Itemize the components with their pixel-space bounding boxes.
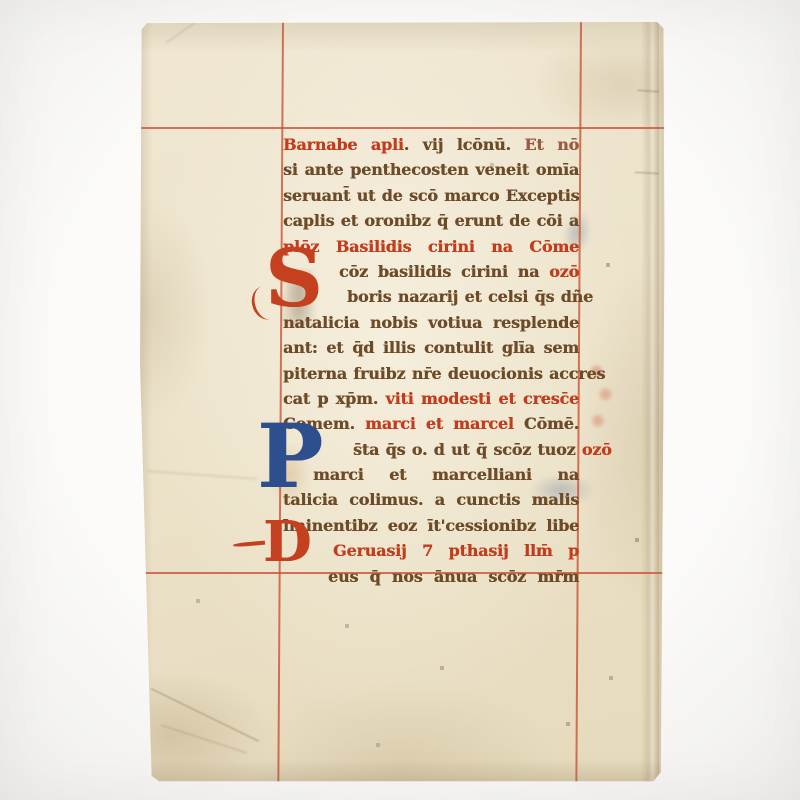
text-segment: s̄ta q̄s o. d ut q̄ scōz tuoz <box>353 440 582 459</box>
text-line: Geruasij 7 pthasij llm̄ p <box>283 538 579 563</box>
text-block: Barnabe apli. vij lcōnū. Et nōsi ante pe… <box>283 132 579 589</box>
text-line: eus q̄ nos ānua scōz mr̄m <box>283 564 579 589</box>
text-segment: Barnabe apli <box>283 135 404 154</box>
text-segment: ant: et q̄d illis contulit glīa sem <box>283 338 579 357</box>
text-line: si ante penthecosten veneit omīa <box>283 157 579 182</box>
text-segment: plōz Basilidis cirini na Cōme <box>283 237 579 256</box>
ruling-line-horizontal-top <box>139 127 665 129</box>
text-segment: caplis et oronibz q̄ erunt de cōi a <box>283 211 579 230</box>
text-line: talicia colimus. a cunctis malis <box>283 487 579 512</box>
text-line: seruant̄ ut de scō marco Exceptis <box>283 183 579 208</box>
crease-notch <box>637 89 659 93</box>
text-segment: Cōmē. <box>524 414 579 433</box>
crease-notch <box>635 171 659 174</box>
text-segment: marci et marcel <box>365 414 524 433</box>
crease-bottom-left <box>161 724 247 754</box>
text-segment: eus q̄ nos ānua scōz mr̄m <box>328 567 579 586</box>
text-segment: seruant̄ ut de scō marco Exceptis <box>283 186 579 205</box>
text-line: Barnabe apli. vij lcōnū. Et nō <box>283 132 579 157</box>
decorated-initial-P: P <box>257 412 323 500</box>
decorated-initial-S: S <box>265 238 323 318</box>
text-line: īminentibz eoz īt'cessionibz libe <box>283 513 579 538</box>
text-line: caplis et oronibz q̄ erunt de cōi a <box>283 208 579 233</box>
crease-left-margin <box>147 470 257 479</box>
text-line: cat p xp̄m. viti modesti et cresc̄e <box>283 386 579 411</box>
text-segment: si ante penthecosten veneit omīa <box>283 160 579 179</box>
text-segment: . vij lcōnū. <box>404 135 525 154</box>
crease-top-left <box>166 22 195 43</box>
text-line: natalicia nobis votiua resplende <box>283 310 579 335</box>
decorated-initial-D: D <box>263 514 312 570</box>
text-segment: Et nō <box>524 135 579 154</box>
fold-crease-right-edge <box>641 22 659 782</box>
text-line: piterna fruibz nr̄e deuocionis accres <box>283 361 579 386</box>
text-line: marci et marcelliani na <box>283 462 579 487</box>
text-line: cōz basilidis cirini na ozō <box>283 259 579 284</box>
text-segment: marci et marcelliani na <box>313 465 579 484</box>
text-segment: ozō <box>582 440 612 459</box>
text-line: s̄ta q̄s o. d ut q̄ scōz tuoz ozō <box>283 437 579 462</box>
text-line: boris nazarij et celsi q̄s dñe <box>283 284 579 309</box>
manuscript-leaf: Barnabe apli. vij lcōnū. Et nōsi ante pe… <box>139 22 665 782</box>
text-segment: talicia colimus. a cunctis malis <box>283 490 579 509</box>
parchment-speckles <box>139 22 141 24</box>
crease-bottom-left <box>151 688 260 742</box>
text-segment: cōz basilidis cirini na <box>339 262 549 281</box>
photo-background: Barnabe apli. vij lcōnū. Et nōsi ante pe… <box>0 0 800 800</box>
text-segment: natalicia nobis votiua resplende <box>283 313 579 332</box>
text-segment: īminentibz eoz īt'cessionibz libe <box>283 516 579 535</box>
text-segment: viti modesti et cresc̄e <box>385 389 579 408</box>
text-line: plōz Basilidis cirini na Cōme <box>283 234 579 259</box>
text-segment: piterna fruibz nr̄e deuocionis accres <box>283 364 605 383</box>
text-segment: ozō <box>549 262 579 281</box>
text-line: ant: et q̄d illis contulit glīa sem <box>283 335 579 360</box>
text-line: Comem. marci et marcel Cōmē. <box>283 411 579 436</box>
text-segment: Geruasij 7 pthasij llm̄ p <box>333 541 579 560</box>
text-segment: boris nazarij et celsi q̄s dñe <box>347 287 593 306</box>
